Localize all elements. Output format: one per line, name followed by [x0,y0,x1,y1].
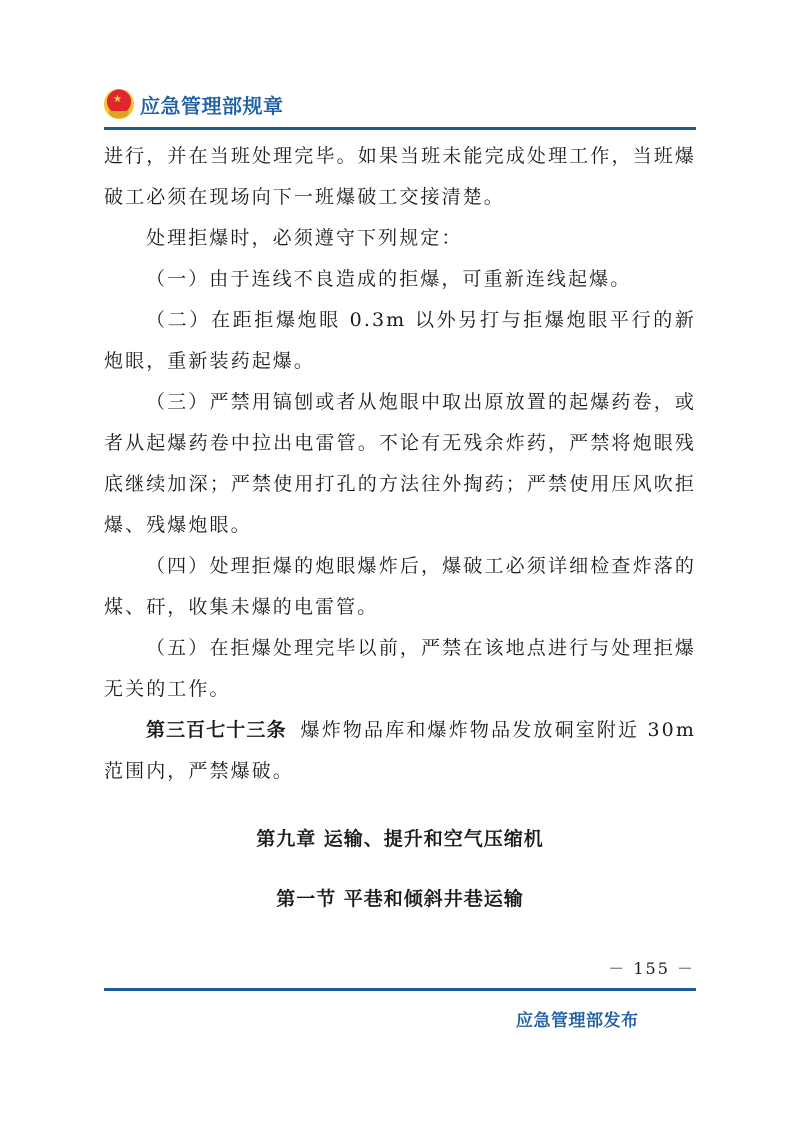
paragraph-item-3: （三）严禁用镐刨或者从炮眼中取出原放置的起爆药卷，或者从起爆药卷中拉出电雷管。不… [104,382,696,546]
national-emblem-icon: ★ [104,89,134,119]
footer-publisher: 应急管理部发布 [516,1006,639,1031]
section-title: 第一节 平巷和倾斜井巷运输 [104,884,696,911]
header-title: 应急管理部规章 [140,90,284,119]
header-divider [104,127,696,130]
paragraph-item-5: （五）在拒爆处理完毕以前，严禁在该地点进行与处理拒爆无关的工作。 [104,628,696,710]
document-body: 进行，并在当班处理完毕。如果当班未能完成处理工作，当班爆破工必须在现场向下一班爆… [104,136,696,792]
page-number: － 155 － [608,956,695,979]
page-header: ★ 应急管理部规章 [104,84,284,124]
footer-divider [104,988,696,991]
paragraph-intro: 处理拒爆时，必须遵守下列规定： [104,218,696,259]
paragraph-item-2: （二）在距拒爆炮眼 0.3m 以外另打与拒爆炮眼平行的新炮眼，重新装药起爆。 [104,300,696,382]
paragraph-item-4: （四）处理拒爆的炮眼爆炸后，爆破工必须详细检查炸落的煤、矸，收集未爆的电雷管。 [104,546,696,628]
paragraph-continuation: 进行，并在当班处理完毕。如果当班未能完成处理工作，当班爆破工必须在现场向下一班爆… [104,136,696,218]
chapter-title: 第九章 运输、提升和空气压缩机 [104,824,696,851]
article-paragraph: 第三百七十三条爆炸物品库和爆炸物品发放硐室附近 30m 范围内，严禁爆破。 [104,710,696,792]
article-number: 第三百七十三条 [146,719,287,741]
paragraph-item-1: （一）由于连线不良造成的拒爆，可重新连线起爆。 [104,259,696,300]
